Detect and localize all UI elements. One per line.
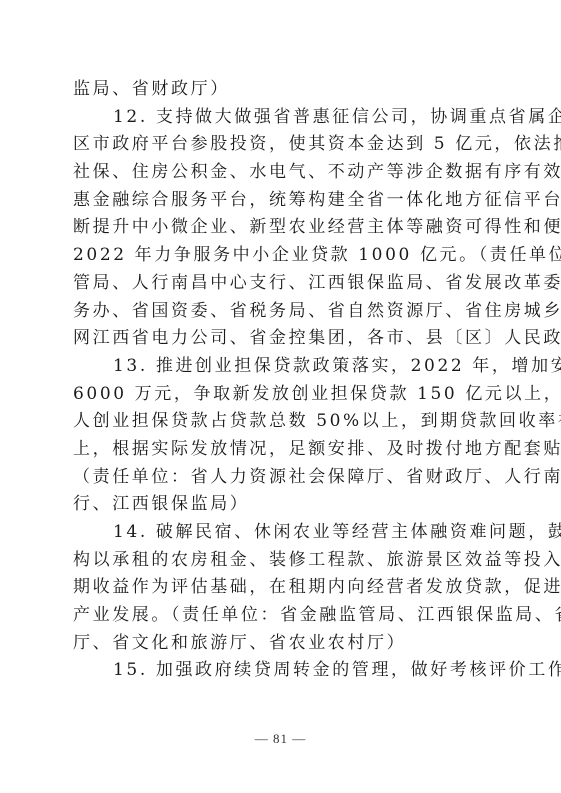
text-line: 管局、人行南昌中心支行、江西银保监局、省发展改革委、省政务服: [73, 270, 489, 298]
text-line: 社保、住房公积金、水电气、不动产等涉企数据有序有效接入省普: [73, 159, 489, 187]
paragraph-first-line: 13. 推进创业担保贷款政策落实，2022 年，增加安排担保基金: [73, 353, 489, 381]
text-line: 监局、省财政厅）: [73, 76, 489, 104]
paragraph-first-line: 15. 加强政府续贷周转金的管理，做好考核评价工作，进一步: [73, 657, 489, 685]
text-line: 产业发展。（责任单位：省金融监管局、江西银保监局、省自然资源: [73, 602, 489, 630]
text-line: 断提升中小微企业、新型农业经营主体等融资可得性和便利度，: [73, 214, 489, 242]
text-line: 厅、省文化和旅游厅、省农业农村厅）: [73, 630, 489, 658]
text-line: 务办、省国资委、省税务局、省自然资源厅、省住房城乡建设厅、国: [73, 298, 489, 326]
text-line: 期收益作为评估基础，在租期内向经营者发放贷款，促进休闲旅游: [73, 574, 489, 602]
text-line: 网江西省电力公司、省金控集团，各市、县〔区〕人民政府）: [73, 325, 489, 353]
text-line: （责任单位：省人力资源社会保障厅、省财政厅、人行南昌中心支: [73, 464, 489, 492]
document-page: 监局、省财政厅）12. 支持做大做强省普惠征信公司，协调重点省属企业、各设区市政…: [0, 0, 561, 793]
text-line: 6000 万元，争取新发放创业担保贷款 150 亿元以上，其中扶持个: [73, 381, 489, 409]
text-line: 上，根据实际发放情况，足额安排、及时拨付地方配套贴息资金。: [73, 436, 489, 464]
paragraph-first-line: 12. 支持做大做强省普惠征信公司，协调重点省属企业、各设: [73, 104, 489, 132]
page-number: — 81 —: [0, 731, 561, 747]
body-text: 监局、省财政厅）12. 支持做大做强省普惠征信公司，协调重点省属企业、各设区市政…: [73, 76, 489, 685]
text-line: 2022 年力争服务中小企业贷款 1000 亿元。（责任单位：省金融监: [73, 242, 489, 270]
text-line: 构以承租的农房租金、装修工程款、旅游景区效益等投入资产和预: [73, 547, 489, 575]
text-line: 区市政府平台参股投资，使其资本金达到 5 亿元，依法推动纳税、: [73, 131, 489, 159]
text-line: 惠金融综合服务平台，统筹构建全省一体化地方征信平台体系，不: [73, 187, 489, 215]
text-line: 人创业担保贷款占贷款总数 50%以上，到期贷款回收率在 95%以: [73, 408, 489, 436]
paragraph-first-line: 14. 破解民宿、休闲农业等经营主体融资难问题，鼓励金融机: [73, 519, 489, 547]
text-line: 行、江西银保监局）: [73, 491, 489, 519]
